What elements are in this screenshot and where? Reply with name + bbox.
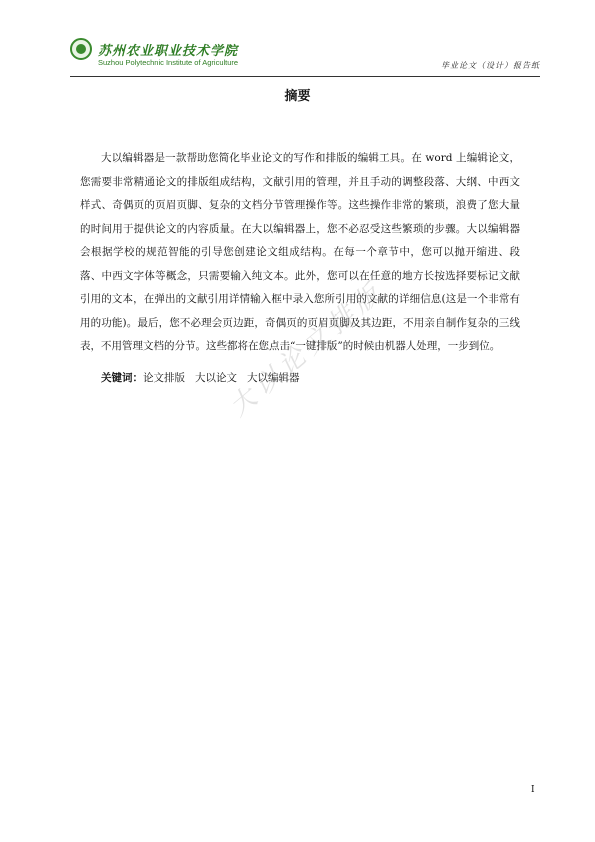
keywords-label: 关键词： xyxy=(101,372,143,384)
page-header: 苏州农业职业技术学院 Suzhou Polytechnic Institute … xyxy=(70,38,540,76)
document-type: 毕业论文（设计）报告纸 xyxy=(441,60,540,71)
school-logo-icon xyxy=(70,38,92,60)
page-title: 摘要 xyxy=(0,85,595,104)
keyword-item: 大以论文 xyxy=(195,372,237,384)
school-name-cn: 苏州农业职业技术学院 xyxy=(98,40,238,59)
school-name-en: Suzhou Polytechnic Institute of Agricult… xyxy=(98,58,238,67)
page-number: I xyxy=(531,785,535,795)
header-divider xyxy=(70,76,540,77)
keyword-item: 论文排版 xyxy=(143,372,185,384)
